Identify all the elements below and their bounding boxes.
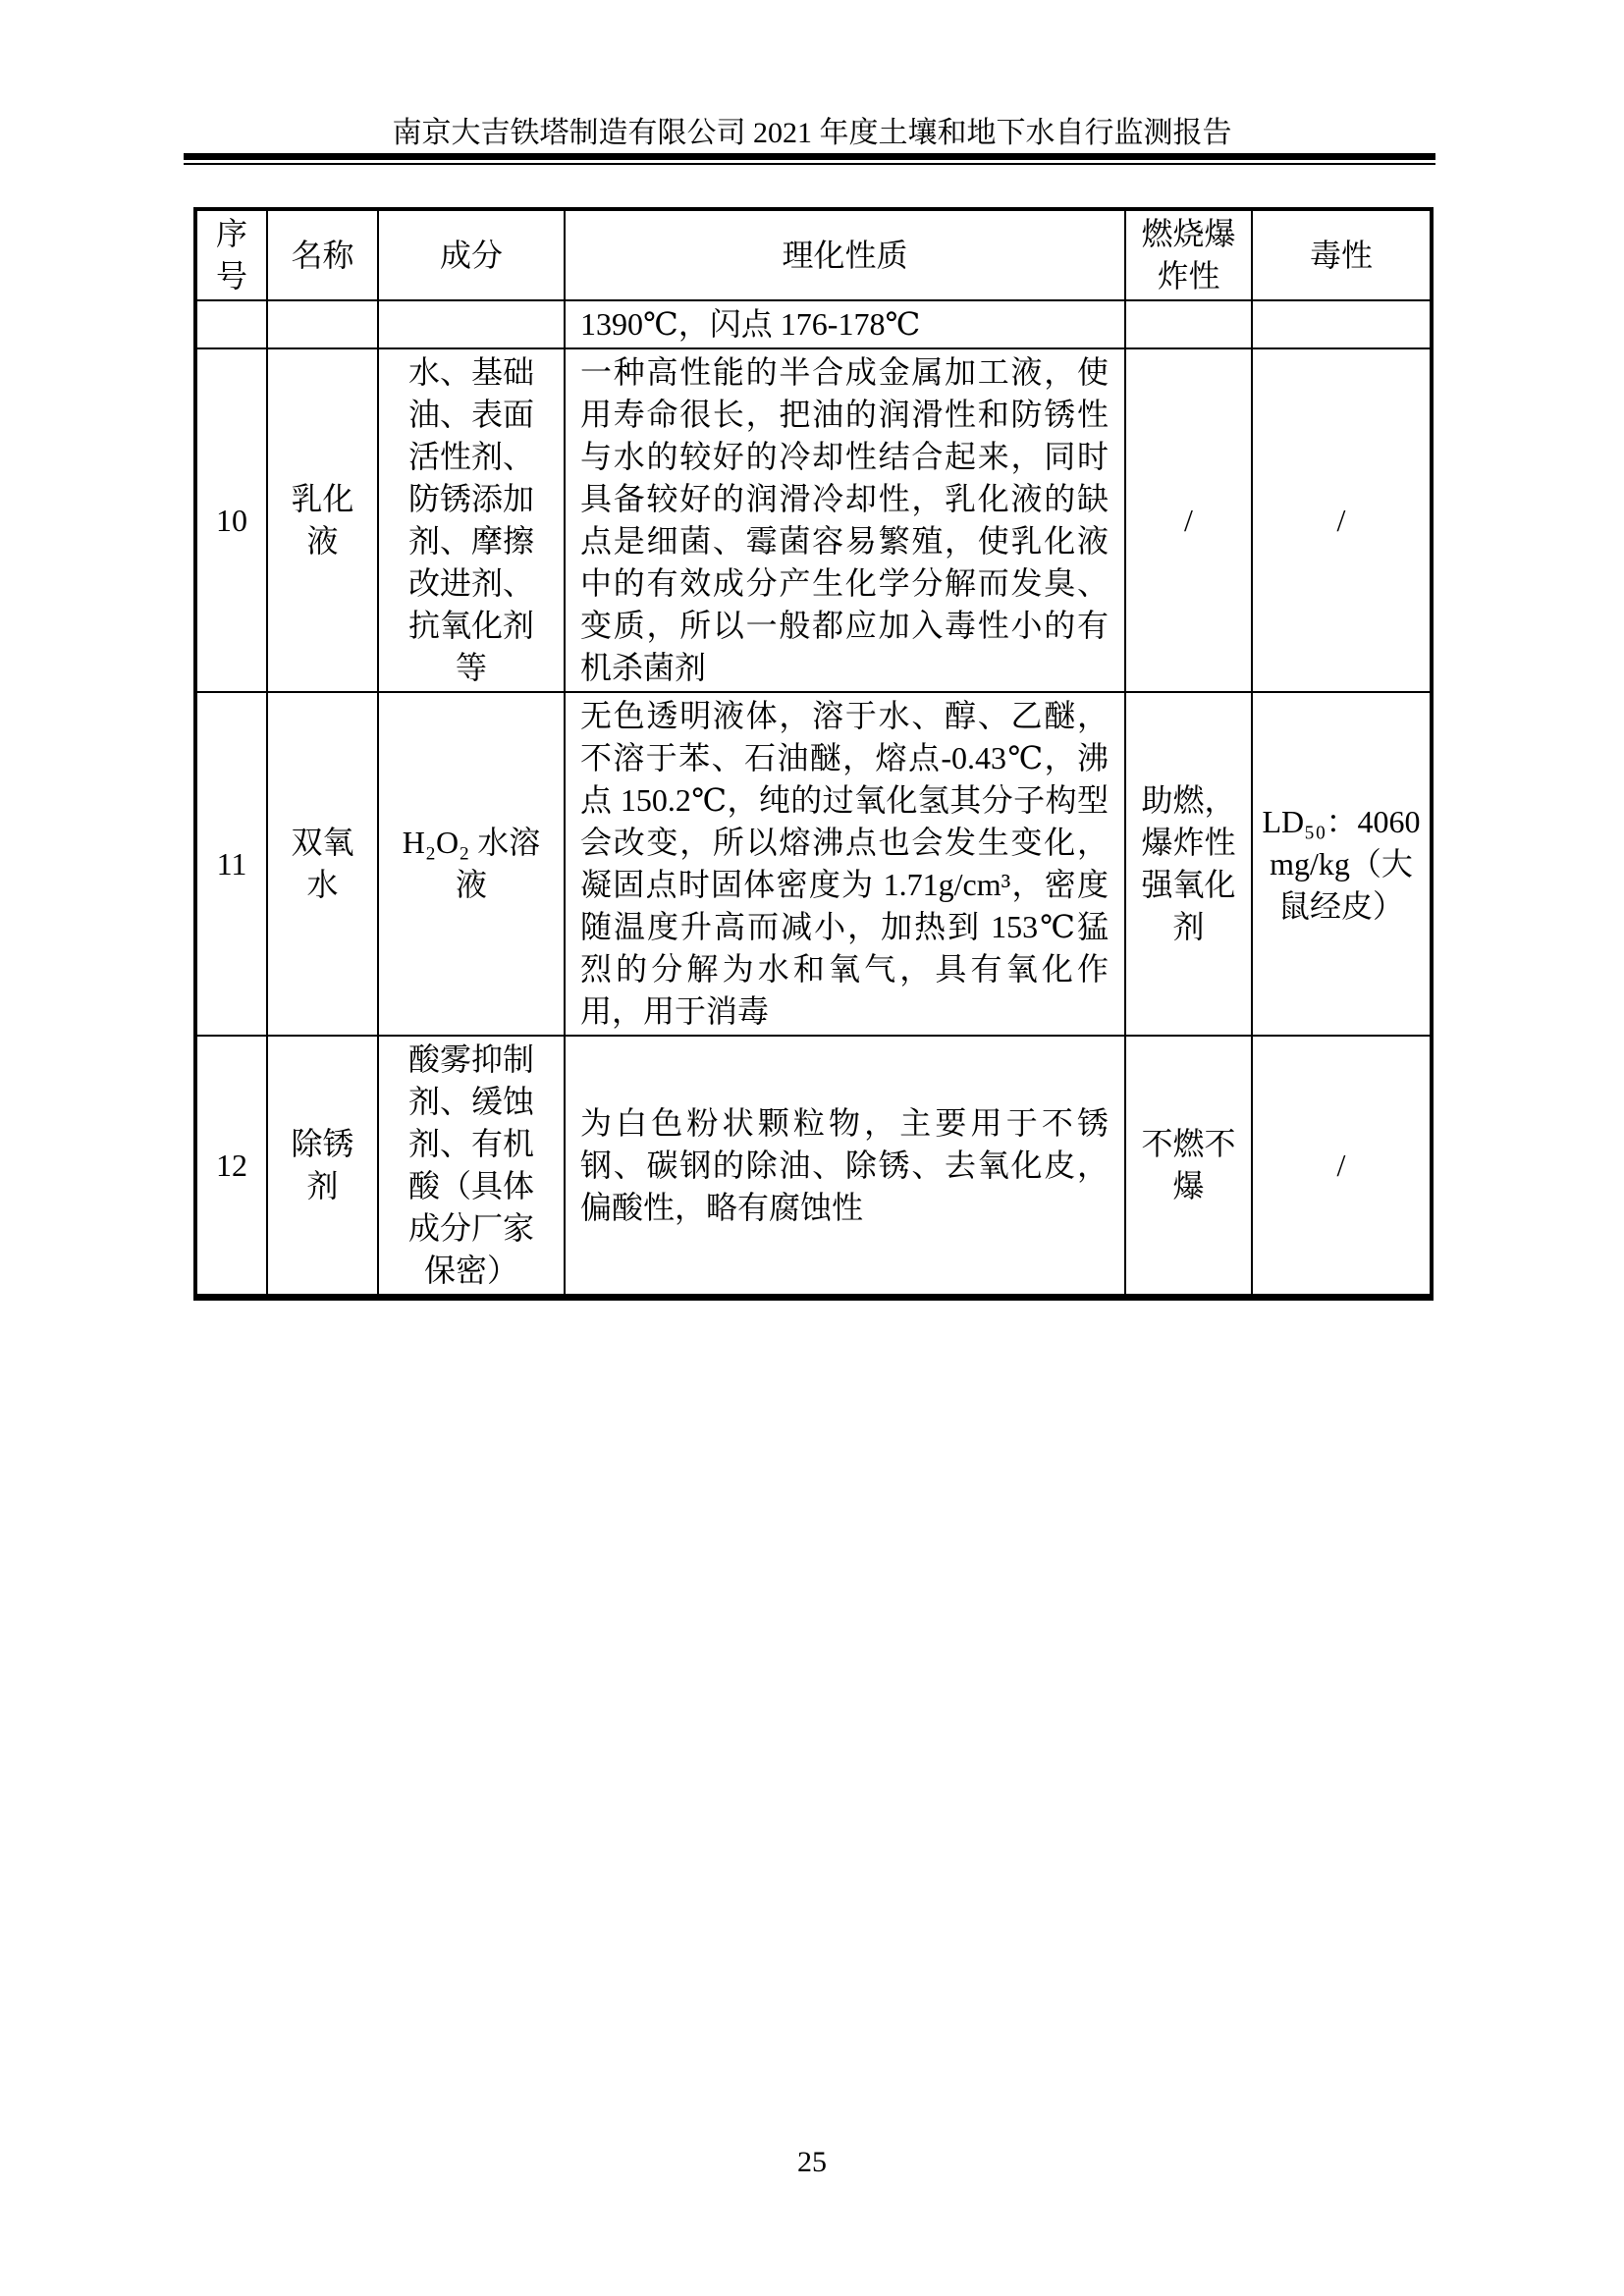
- cell-flammability: /: [1125, 348, 1252, 692]
- cell-toxicity: /: [1252, 1036, 1432, 1298]
- cell-toxicity: /: [1252, 348, 1432, 692]
- cell-name: 双氧水: [267, 692, 378, 1036]
- cell-name: [267, 300, 378, 348]
- table-row-continuation: 1390℃，闪点 176-178℃: [195, 300, 1432, 348]
- cell-no: [195, 300, 267, 348]
- cell-flammability: [1125, 300, 1252, 348]
- page-number: 25: [0, 2146, 1624, 2179]
- cell-no: 10: [195, 348, 267, 692]
- cell-properties: 无色透明液体，溶于水、醇、乙醚，不溶于苯、石油醚，熔点-0.43℃，沸点 150…: [565, 692, 1125, 1036]
- cell-properties: 一种高性能的半合成金属加工液，使用寿命很长，把油的润滑性和防锈性与水的较好的冷却…: [565, 348, 1125, 692]
- cell-composition: H₂O₂ 水溶液: [378, 692, 565, 1036]
- column-header-flammability: 燃烧爆炸性: [1125, 209, 1252, 300]
- running-header: 南京大吉铁塔制造有限公司 2021 年度土壤和地下水自行监测报告: [0, 117, 1624, 150]
- cell-name: 除锈剂: [267, 1036, 378, 1298]
- table-row-11: 11 双氧水 H₂O₂ 水溶液 无色透明液体，溶于水、醇、乙醚，不溶于苯、石油醚…: [195, 692, 1432, 1036]
- cell-no: 12: [195, 1036, 267, 1298]
- column-header-no: 序号: [195, 209, 267, 300]
- column-header-toxicity: 毒性: [1252, 209, 1432, 300]
- table-header-row: 序号 名称 成分 理化性质 燃烧爆炸性 毒性: [195, 209, 1432, 300]
- column-header-name: 名称: [267, 209, 378, 300]
- cell-properties: 1390℃，闪点 176-178℃: [565, 300, 1125, 348]
- cell-toxicity: [1252, 300, 1432, 348]
- cell-composition: 酸雾抑制剂、缓蚀剂、有机酸（具体成分厂家保密）: [378, 1036, 565, 1298]
- cell-no: 11: [195, 692, 267, 1036]
- cell-flammability: 助燃，爆炸性强氧化剂: [1125, 692, 1252, 1036]
- cell-composition: 水、基础油、表面活性剂、防锈添加剂、摩擦改进剂、抗氧化剂等: [378, 348, 565, 692]
- column-header-properties: 理化性质: [565, 209, 1125, 300]
- table-row-12: 12 除锈剂 酸雾抑制剂、缓蚀剂、有机酸（具体成分厂家保密） 为白色粉状颗粒物，…: [195, 1036, 1432, 1298]
- cell-properties: 为白色粉状颗粒物，主要用于不锈钢、碳钢的除油、除锈、去氧化皮，偏酸性，略有腐蚀性: [565, 1036, 1125, 1298]
- cell-toxicity: LD₅₀：4060 mg/kg（大鼠经皮）: [1252, 692, 1432, 1036]
- cell-composition: [378, 300, 565, 348]
- table-row-10: 10 乳化液 水、基础油、表面活性剂、防锈添加剂、摩擦改进剂、抗氧化剂等 一种高…: [195, 348, 1432, 692]
- column-header-composition: 成分: [378, 209, 565, 300]
- document-page: 南京大吉铁塔制造有限公司 2021 年度土壤和地下水自行监测报告 序号 名称 成…: [0, 0, 1624, 2296]
- substance-table: 序号 名称 成分 理化性质 燃烧爆炸性 毒性 1390℃，闪点 176-178℃…: [193, 207, 1434, 1301]
- cell-flammability: 不燃不爆: [1125, 1036, 1252, 1298]
- cell-name: 乳化液: [267, 348, 378, 692]
- header-divider-rule: [184, 153, 1435, 165]
